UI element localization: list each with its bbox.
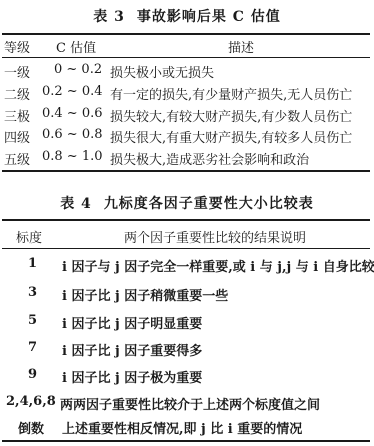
scale-cell: 2,4,6,8 (6, 394, 56, 409)
table4-top-rule (2, 219, 370, 221)
table3-top-rule (2, 33, 370, 35)
scale-cell: 9 (28, 367, 37, 382)
grade-cell: 二级 (4, 84, 30, 103)
value-cell: 0.4 ~ 0.6 (42, 106, 103, 121)
scale-cell: 5 (28, 313, 37, 328)
table3-caption-text: 事故影响后果 C 估值 (137, 9, 281, 25)
value-cell: 0.8 ~ 1.0 (42, 149, 103, 164)
table3-bottom-rule (2, 170, 370, 172)
value-cell: 0.6 ~ 0.8 (42, 127, 103, 142)
desc-cell: i 因子比 j 因子极为重要 (62, 367, 202, 386)
desc-cell: 有一定的损失,有少量财产损失,无人员伤亡 (110, 84, 352, 103)
value-cell: 0 ~ 0.2 (54, 62, 102, 77)
desc-cell: i 因子比 j 因子重要得多 (62, 340, 202, 359)
table3-caption-number: 表 3 (93, 9, 125, 25)
desc-cell: 损失很大,有重大财产损失,有较多人员伤亡 (110, 127, 352, 146)
desc-cell: 两两因子重要性比较介于上述两个标度值之间 (60, 394, 320, 413)
desc-cell: i 因子比 j 因子明显重要 (62, 313, 202, 332)
desc-cell: 上述重要性相反情况,即 j 比 i 重要的情况 (62, 418, 302, 437)
scale-cell: 7 (28, 340, 37, 355)
desc-cell: 损失极小或无损失 (110, 62, 214, 81)
grade-cell: 四级 (4, 127, 30, 146)
table3-caption: 表 3事故影响后果 C 估值 (0, 6, 374, 26)
table4-caption-text: 九标度各因子重要性大小比较表 (104, 196, 314, 212)
scale-cell: 倒数 (18, 418, 44, 437)
grade-cell: 一级 (4, 62, 30, 81)
table4-caption-number: 表 4 (60, 196, 92, 212)
grade-cell: 五级 (4, 149, 30, 168)
desc-cell: 损失较大,有较大财产损失,有少数人员伤亡 (110, 106, 352, 125)
table4-bottom-rule (2, 440, 370, 442)
table3-header-value: C 估值 (56, 37, 96, 56)
value-cell: 0.2 ~ 0.4 (42, 84, 103, 99)
desc-cell: i 因子与 j 因子完全一样重要,或 i 与 j,j 与 i 自身比较 (62, 256, 374, 275)
table3-header-grade: 等级 (4, 37, 30, 56)
table4-caption: 表 4九标度各因子重要性大小比较表 (0, 193, 374, 213)
scale-cell: 1 (28, 256, 37, 271)
scale-cell: 3 (28, 285, 37, 300)
desc-cell: i 因子比 j 因子稍微重要一些 (62, 285, 228, 304)
table3-header-desc: 描述 (228, 37, 254, 56)
table4-header-desc: 两个因子重要性比较的结果说明 (124, 227, 306, 246)
table4-header-scale: 标度 (16, 227, 42, 246)
table3-header-rule (2, 57, 370, 58)
desc-cell: 损失极大,造成恶劣社会影响和政治 (110, 149, 309, 168)
table4-header-rule (2, 248, 370, 249)
grade-cell: 三极 (4, 106, 30, 125)
